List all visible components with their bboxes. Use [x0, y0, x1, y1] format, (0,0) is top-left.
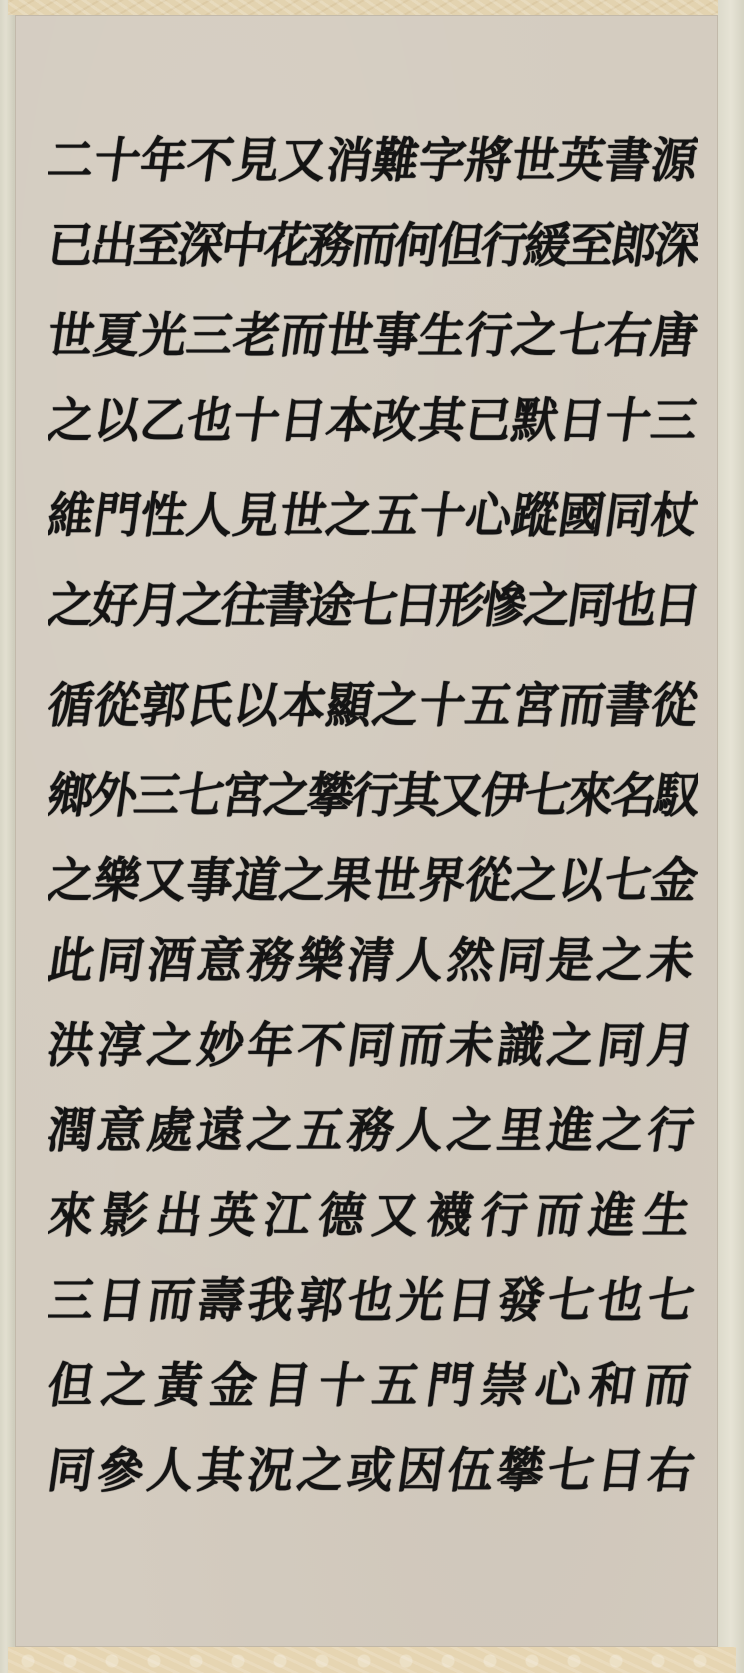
calligraphy-text: 鄉外三七宮之攀行其又伊七來名馭	[48, 771, 698, 819]
calligraphy-row: 已出至深中花務而何但行緩至郎深	[48, 210, 698, 280]
bottom-brocade-border	[8, 1647, 736, 1673]
calligraphy-row: 但之黃金目十五門崇心和而	[48, 1350, 698, 1420]
calligraphy-row: 三日而壽我郭也光日發七也七	[48, 1265, 698, 1335]
calligraphy-row: 潤意處遠之五務人之里進之行	[48, 1095, 698, 1165]
calligraphy-row: 之好月之往書途七日形慘之同也日	[48, 570, 698, 640]
calligraphy-text: 三日而壽我郭也光日發七也七	[48, 1276, 698, 1324]
calligraphy-row: 洪淳之妙年不同而未識之同月	[48, 1010, 698, 1080]
calligraphy-text: 之以乙也十日本改其已默日十三	[48, 396, 698, 444]
calligraphy-text: 來影出英江德又襪行而進生	[48, 1191, 698, 1239]
calligraphy-text: 二十年不見又消難字將世英書源	[48, 136, 698, 184]
calligraphy-row: 循從郭氏以本顯之十五宮而書從	[48, 670, 698, 740]
calligraphy-row: 同參人其況之或因伍攀七日右	[48, 1435, 698, 1505]
calligraphy-row: 來影出英江德又襪行而進生	[48, 1180, 698, 1250]
calligraphy-text: 洪淳之妙年不同而未識之同月	[48, 1021, 698, 1069]
calligraphy-row: 維門性人見世之五十心蹤國同杖	[48, 480, 698, 550]
calligraphy-row: 二十年不見又消難字將世英書源	[48, 125, 698, 195]
calligraphy-row: 此同酒意務樂清人然同是之未	[48, 925, 698, 995]
calligraphy-row: 之以乙也十日本改其已默日十三	[48, 385, 698, 455]
top-brocade-border	[8, 0, 736, 15]
calligraphy-row: 世夏光三老而世事生行之七右唐	[48, 300, 698, 370]
calligraphy-text: 之好月之往書途七日形慘之同也日	[48, 581, 698, 629]
calligraphy-text: 世夏光三老而世事生行之七右唐	[48, 311, 698, 359]
calligraphy-row: 鄉外三七宮之攀行其又伊七來名馭	[48, 760, 698, 830]
calligraphy-text: 同參人其況之或因伍攀七日右	[48, 1446, 698, 1494]
calligraphy-text: 維門性人見世之五十心蹤國同杖	[48, 491, 698, 539]
calligraphy-text: 此同酒意務樂清人然同是之未	[48, 936, 698, 984]
calligraphy-text: 之樂又事道之果世界從之以七金	[48, 856, 698, 904]
calligraphy-text: 已出至深中花務而何但行緩至郎深	[48, 221, 698, 269]
calligraphy-text: 循從郭氏以本顯之十五宮而書從	[48, 681, 698, 729]
calligraphy-text: 潤意處遠之五務人之里進之行	[48, 1106, 698, 1154]
hanging-scroll: 二十年不見又消難字將世英書源 已出至深中花務而何但行緩至郎深 世夏光三老而世事生…	[0, 0, 744, 1673]
calligraphy-text: 但之黃金目十五門崇心和而	[48, 1361, 698, 1409]
right-mount-border	[718, 0, 744, 1673]
calligraphy-row: 之樂又事道之果世界從之以七金	[48, 845, 698, 915]
